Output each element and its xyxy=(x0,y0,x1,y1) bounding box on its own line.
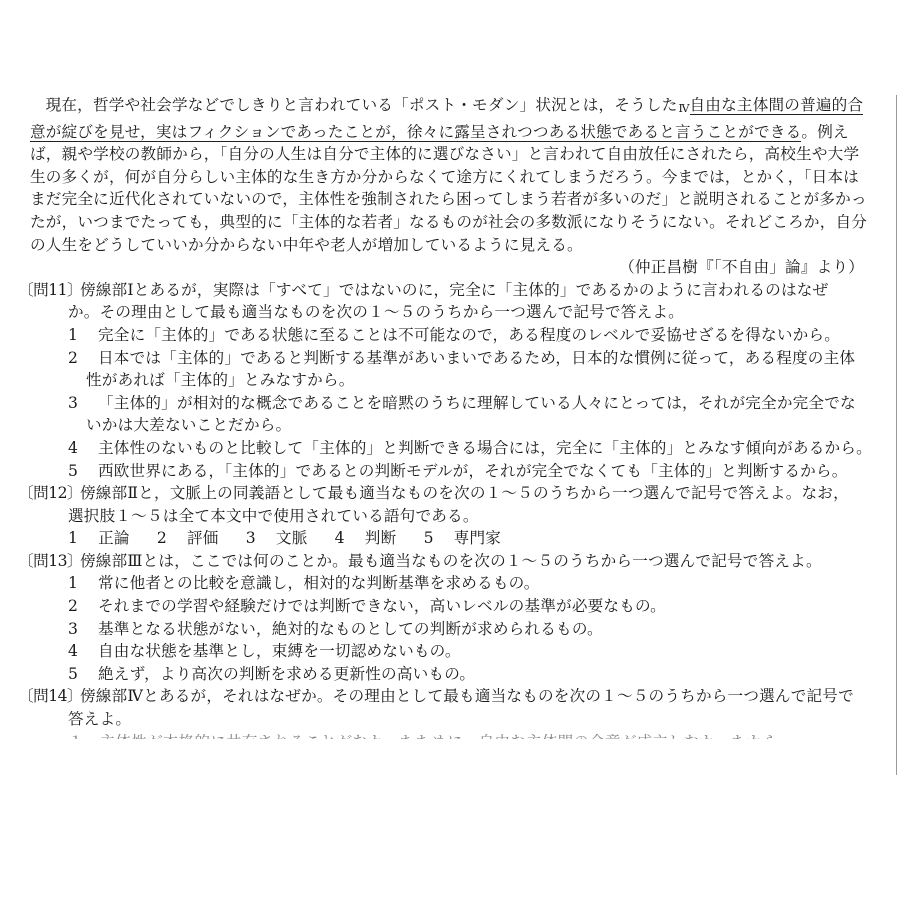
question-text: 傍線部Ⅲとは，ここでは何のことか。最も適当なものを次の１～５のうちから一つ選んで… xyxy=(80,552,822,570)
passage-line-4: 生の多くが，何が自分らしい主体的な生き方か分からなくて途方にくれてしまうだろう。… xyxy=(30,166,890,189)
option-text: それまでの学習や経験だけでは判断できない，高いレベルの基準が必要なもの。 xyxy=(98,597,666,615)
question-text: 傍線部Ⅱと，文脈上の同義語として最も適当なものを次の１～５のうちから一つ選んで記… xyxy=(80,484,849,502)
option-text: 常に他者との比較を意識し，相対的な判断基準を求めるもの。 xyxy=(98,574,540,592)
option-5: 5絶えず，より高次の判断を求める更新性の高いもの。 xyxy=(30,663,890,686)
passage-line-7: の人生をどうしていいか分からない中年や老人が増加しているように見える。 xyxy=(30,234,890,257)
underline-marker-iv: Ⅳ xyxy=(679,102,689,115)
passage-line-2: 意が綻びを見せ，実はフィクションであったことが，徐々に露呈されつつある状態である… xyxy=(30,121,890,144)
passage: 現在，哲学や社会学などでしきりと言われている「ポスト・モダン」状況とは，そうした… xyxy=(30,94,890,256)
underlined-phrase-iv-cont: 意が綻びを見せ，実はフィクションであったことが，徐々に露呈されつつある状態である… xyxy=(30,123,801,142)
option-text-cont: いかは大差ないことだから。 xyxy=(30,414,890,437)
option-1: 1完全に「主体的」である状態に至ることは不可能なので，ある程度のレベルで妥協せざ… xyxy=(30,324,890,347)
option-text-cont: 性があれば「主体的」とみなすから。 xyxy=(30,369,890,392)
question-text: 傍線部Ⅰとあるが，実際は「すべて」ではないのに，完全に「主体的」であるかのように… xyxy=(80,281,828,299)
question-14: 〔問14〕傍線部Ⅳとあるが，それはなぜか。その理由として最も適当なものを次の１～… xyxy=(30,685,890,738)
option-text: 専門家 xyxy=(454,529,501,547)
source-citation: （仲正昌樹『「不自由」論』より） xyxy=(30,256,890,279)
option-4: 4判断 xyxy=(335,527,397,550)
option-number: 4 xyxy=(68,640,98,663)
passage-text: 。例え xyxy=(801,123,848,141)
question-11: 〔問11〕傍線部Ⅰとあるが，実際は「すべて」ではないのに，完全に「主体的」である… xyxy=(30,279,890,482)
option-number: 2 xyxy=(68,595,98,618)
inline-options: 1正論 2評価 3文脈 4判断 5専門家 xyxy=(30,527,890,550)
question-12: 〔問12〕傍線部Ⅱと，文脈上の同義語として最も適当なものを次の１～５のうちから一… xyxy=(30,482,890,550)
option-number: 4 xyxy=(68,437,98,460)
option-2: 2それまでの学習や経験だけでは判断できない，高いレベルの基準が必要なもの。 xyxy=(30,595,890,618)
option-text: 基準となる状態がない，絶対的なものとしての判断が求められるもの。 xyxy=(98,620,603,638)
option-number: 5 xyxy=(68,460,98,483)
passage-line-1: 現在，哲学や社会学などでしきりと言われている「ポスト・モダン」状況とは，そうした… xyxy=(30,94,890,121)
option-number: 1 xyxy=(68,572,98,595)
option-text: 自由な状態を基準とし，束縛を一切認めないもの。 xyxy=(98,642,461,660)
option-text: 判断 xyxy=(365,529,397,547)
question-12-stem: 〔問12〕傍線部Ⅱと，文脈上の同義語として最も適当なものを次の１～５のうちから一… xyxy=(30,482,890,505)
question-text: 傍線部Ⅳとあるが，それはなぜか。その理由として最も適当なものを次の１～５のうちか… xyxy=(80,687,854,705)
option-2: 2日本では「主体的」であると判断する基準があいまいであるため，日本的な慣例に従っ… xyxy=(30,347,890,370)
option-text: 主体性のないものと比較して「主体的」と判断できる場合には，完全に「主体的」とみな… xyxy=(98,439,872,457)
passage-text: 現在，哲学や社会学などでしきりと言われている「ポスト・モダン」状況とは，そうした xyxy=(46,96,678,114)
option-4: 4自由な状態を基準とし，束縛を一切認めないもの。 xyxy=(30,640,890,663)
question-13: 〔問13〕傍線部Ⅲとは，ここでは何のことか。最も適当なものを次の１～５のうちから… xyxy=(30,550,890,686)
option-number: 4 xyxy=(335,529,345,547)
option-number: 1 xyxy=(68,529,78,547)
option-1: 1正論 xyxy=(68,527,130,550)
option-text: 西欧世界にある，「主体的」であるとの判断モデルが，それが完全でなくても「主体的」… xyxy=(98,462,848,480)
option-text: 評価 xyxy=(187,529,219,547)
option-3: 3基準となる状態がない，絶対的なものとしての判断が求められるもの。 xyxy=(30,618,890,641)
cutoff-option-line: １ 主体性が本格的に共有されることがなかったために，自由な主体間の合意が成立しな… xyxy=(30,731,890,739)
question-13-stem: 〔問13〕傍線部Ⅲとは，ここでは何のことか。最も適当なものを次の１～５のうちから… xyxy=(30,550,890,573)
option-number: 2 xyxy=(68,347,98,370)
question-14-stem: 〔問14〕傍線部Ⅳとあるが，それはなぜか。その理由として最も適当なものを次の１～… xyxy=(30,685,890,708)
question-11-stem: 〔問11〕傍線部Ⅰとあるが，実際は「すべて」ではないのに，完全に「主体的」である… xyxy=(30,279,890,302)
option-4: 4主体性のないものと比較して「主体的」と判断できる場合には，完全に「主体的」とみ… xyxy=(30,437,890,460)
option-5: 5西欧世界にある，「主体的」であるとの判断モデルが，それが完全でなくても「主体的… xyxy=(30,460,890,483)
passage-line-3: ば，親や学校の教師から，「自分の人生は自分で主体的に選びなさい」と言われて自由放… xyxy=(30,143,890,166)
option-text: 完全に「主体的」である状態に至ることは不可能なので，ある程度のレベルで妥協せざる… xyxy=(98,326,840,344)
option-number: 3 xyxy=(68,618,98,641)
passage-line-5: まだ完全に近代化されていないので，主体性を強制されたら困ってしまう若者が多いのだ… xyxy=(30,188,890,211)
passage-line-6: たが，いつまでたっても，典型的に「主体的な若者」なるものが社会の多数派になりそう… xyxy=(30,211,890,234)
option-text: 「主体的」が相対的な概念であることを暗黙のうちに理解している人々にとっては，それ… xyxy=(98,394,856,412)
option-3: 3「主体的」が相対的な概念であることを暗黙のうちに理解している人々にとっては，そ… xyxy=(30,392,890,415)
question-text-cont: 答えよ。 xyxy=(30,708,890,731)
option-number: 2 xyxy=(157,529,167,547)
option-number: 3 xyxy=(246,529,256,547)
option-number: 3 xyxy=(68,392,98,415)
exam-page: 現在，哲学や社会学などでしきりと言われている「ポスト・モダン」状況とは，そうした… xyxy=(30,94,890,739)
question-text-cont: か。その理由として最も適当なものを次の１～５のうちから一つ選んで記号で答えよ。 xyxy=(30,301,890,324)
option-number: 1 xyxy=(68,324,98,347)
option-text: 絶えず，より高次の判断を求める更新性の高いもの。 xyxy=(98,665,475,683)
option-5: 5専門家 xyxy=(424,527,502,550)
option-2: 2評価 xyxy=(157,527,219,550)
option-3: 3文脈 xyxy=(246,527,308,550)
question-text-cont: 選択肢１～５は全て本文中で使用されている語句である。 xyxy=(30,505,890,528)
question-number: 〔問14〕 xyxy=(18,685,80,708)
option-1: 1常に他者との比較を意識し，相対的な判断基準を求めるもの。 xyxy=(30,572,890,595)
option-text: 日本では「主体的」であると判断する基準があいまいであるため，日本的な慣例に従って… xyxy=(98,349,855,367)
option-text: 文脈 xyxy=(276,529,308,547)
page-edge-rule xyxy=(896,95,897,775)
option-text: 正論 xyxy=(98,529,130,547)
question-number: 〔問13〕 xyxy=(18,550,80,573)
underlined-phrase-iv: 自由な主体間の普遍的合 xyxy=(690,96,864,115)
question-number: 〔問12〕 xyxy=(18,482,80,505)
option-number: 5 xyxy=(424,529,434,547)
question-number: 〔問11〕 xyxy=(18,279,80,302)
option-number: 5 xyxy=(68,663,98,686)
